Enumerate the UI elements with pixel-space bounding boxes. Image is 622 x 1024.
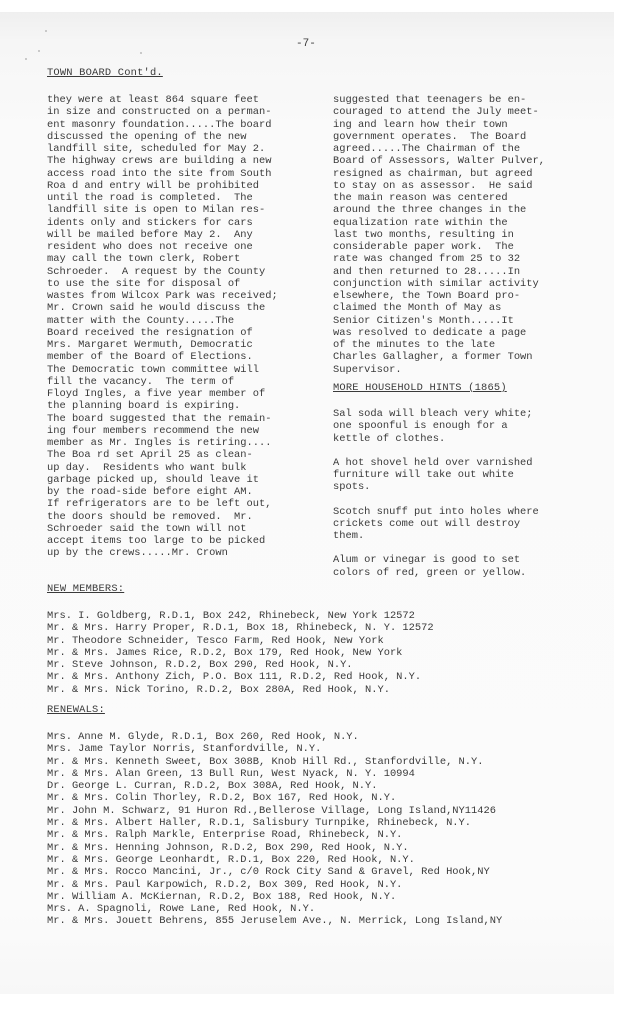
text-line: Sal soda will bleach very white; <box>333 408 539 420</box>
text-line: If refrigerators are to be left out, <box>47 498 278 510</box>
text-line: ent masonry foundation.....The board <box>47 119 278 131</box>
text-line: colors of red, green or yellow. <box>333 567 539 579</box>
hint-item: Scotch snuff put into holes wherecricket… <box>333 506 539 543</box>
member-entry: Mr. & Mrs. James Rice, R.D.2, Box 179, R… <box>47 647 434 659</box>
text-line: fill the vacancy. The term of <box>47 376 278 388</box>
scan-speck <box>38 50 40 52</box>
text-line: to stay on as assessor. He said <box>333 180 545 192</box>
member-entry: Mr. & Mrs. Nick Torino, R.D.2, Box 280A,… <box>47 684 434 696</box>
text-line: elsewhere, the Town Board pro- <box>333 290 545 302</box>
section-heading-household-hints: MORE HOUSEHOLD HINTS (1865) <box>333 382 507 394</box>
text-line: Schroeder. A request by the County <box>47 266 278 278</box>
town-board-left-column: they were at least 864 square feetin siz… <box>47 94 278 560</box>
section-heading-town-board: TOWN BOARD Cont'd. <box>47 67 163 79</box>
hint-item: Sal soda will bleach very white;one spoo… <box>333 408 539 445</box>
renewal-entry: Dr. George L. Curran, R.D.2, Box 308A, R… <box>47 780 502 792</box>
text-line: spots. <box>333 481 539 493</box>
text-line: landfill site is open to Milan res- <box>47 204 278 216</box>
hint-item: A hot shovel held over varnishedfurnitur… <box>333 457 539 494</box>
text-line: Scotch snuff put into holes where <box>333 506 539 518</box>
text-line: The highway crews are building a new <box>47 155 278 167</box>
text-line: The Boa rd set April 25 as clean- <box>47 449 278 461</box>
text-line: ing four members recommend the new <box>47 425 278 437</box>
hint-item: Alum or vinegar is good to setcolors of … <box>333 554 539 579</box>
text-line: rate was changed from 25 to 32 <box>333 253 545 265</box>
text-line: of the minutes to the late <box>333 339 545 351</box>
renewal-entry: Mr. & Mrs. Ralph Markle, Enterprise Road… <box>47 829 502 841</box>
text-line: member of the Board of Elections. <box>47 351 278 363</box>
member-entry: Mr. Theodore Schneider, Tesco Farm, Red … <box>47 635 434 647</box>
text-line: wastes from Wilcox Park was received; <box>47 290 278 302</box>
text-line: Mr. Crown said he would discuss the <box>47 302 278 314</box>
text-line: Floyd Ingles, a five year member of <box>47 388 278 400</box>
member-entry: Mrs. I. Goldberg, R.D.1, Box 242, Rhineb… <box>47 610 434 622</box>
text-line: they were at least 864 square feet <box>47 94 278 106</box>
text-line: the main reason was centered <box>333 192 545 204</box>
text-line: government operates. The Board <box>333 131 545 143</box>
text-line: Mrs. Margaret Wermuth, Democratic <box>47 339 278 351</box>
scan-speck <box>140 52 142 54</box>
text-line: to use the site for disposal of <box>47 278 278 290</box>
text-line: The board suggested that the remain- <box>47 413 278 425</box>
text-line: discussed the opening of the new <box>47 131 278 143</box>
text-line: kettle of clothes. <box>333 433 539 445</box>
text-line: landfill site, scheduled for May 2. <box>47 143 278 155</box>
text-line: may call the town clerk, Robert <box>47 253 278 265</box>
renewal-entry: Mr. & Mrs. Alan Green, 13 Bull Run, West… <box>47 768 502 780</box>
renewal-entry: Mr. & Mrs. Albert Haller, R.D.1, Salisbu… <box>47 817 502 829</box>
text-line: the planning board is expiring. <box>47 400 278 412</box>
member-entry: Mr. & Mrs. Anthony Zich, P.O. Box 111, R… <box>47 671 434 683</box>
text-line: Schroeder said the town will not <box>47 523 278 535</box>
renewal-entry: Mrs. Jame Taylor Norris, Stanfordville, … <box>47 743 502 755</box>
text-line: and then returned to 28.....In <box>333 266 545 278</box>
renewal-entry: Mr. & Mrs. Paul Karpowich, R.D.2, Box 30… <box>47 879 502 891</box>
text-line: will be mailed before May 2. Any <box>47 229 278 241</box>
member-entry: Mr. Steve Johnson, R.D.2, Box 290, Red H… <box>47 659 434 671</box>
text-line: furniture will take out white <box>333 469 539 481</box>
text-line: up day. Residents who want bulk <box>47 462 278 474</box>
text-line: Board received the resignation of <box>47 327 278 339</box>
text-line: Roa d and entry will be prohibited <box>47 180 278 192</box>
text-line: member as Mr. Ingles is retiring.... <box>47 437 278 449</box>
text-line: matter with the County.....The <box>47 315 278 327</box>
text-line: until the road is completed. The <box>47 192 278 204</box>
section-heading-renewals: RENEWALS: <box>47 704 105 716</box>
text-line: in size and constructed on a perman- <box>47 106 278 118</box>
text-line: one spoonful is enough for a <box>333 420 539 432</box>
text-line: the doors should be removed. Mr. <box>47 511 278 523</box>
renewal-entry: Mr. John M. Schwarz, 91 Huron Rd.,Beller… <box>47 805 502 817</box>
text-line: The Democratic town committee will <box>47 364 278 376</box>
renewal-entry: Mr. & Mrs. George Leonhardt, R.D.1, Box … <box>47 854 502 866</box>
town-board-right-column: suggested that teenagers be en-couraged … <box>333 94 545 376</box>
text-line: ing and learn how their town <box>333 119 545 131</box>
text-line: around the three changes in the <box>333 204 545 216</box>
text-line: claimed the Month of May as <box>333 302 545 314</box>
text-line: resigned as chairman, but agreed <box>333 168 545 180</box>
text-line: was resolved to dedicate a page <box>333 327 545 339</box>
member-entry: Mr. & Mrs. Harry Proper, R.D.1, Box 18, … <box>47 622 434 634</box>
text-line: considerable paper work. The <box>333 241 545 253</box>
renewal-entry: Mr. William A. McKiernan, R.D.2, Box 188… <box>47 891 502 903</box>
text-line: equalization rate within the <box>333 217 545 229</box>
text-line: agreed.....The Chairman of the <box>333 143 545 155</box>
text-line: Charles Gallagher, a former Town <box>333 351 545 363</box>
text-line: Senior Citizen's Month.....It <box>333 315 545 327</box>
household-hints-list: Sal soda will bleach very white;one spoo… <box>333 408 539 591</box>
scan-speck <box>45 30 47 32</box>
text-line: Supervisor. <box>333 364 545 376</box>
text-line: Alum or vinegar is good to set <box>333 554 539 566</box>
text-line: last two months, resulting in <box>333 229 545 241</box>
text-line: Board of Assessors, Walter Pulver, <box>333 155 545 167</box>
text-line: them. <box>333 530 539 542</box>
section-heading-new-members: NEW MEMBERS: <box>47 583 124 595</box>
renewal-entry: Mr. & Mrs. Colin Thorley, R.D.2, Box 167… <box>47 792 502 804</box>
text-line: conjunction with similar activity <box>333 278 545 290</box>
text-line: up by the crews.....Mr. Crown <box>47 547 278 559</box>
text-line: crickets come out will destroy <box>333 518 539 530</box>
renewal-entry: Mr. & Mrs. Henning Johnson, R.D.2, Box 2… <box>47 842 502 854</box>
renewals-list: Mrs. Anne M. Glyde, R.D.1, Box 260, Red … <box>47 731 502 928</box>
text-line: idents only and stickers for cars <box>47 217 278 229</box>
text-line: by the road-side before eight AM. <box>47 486 278 498</box>
scan-speck <box>25 58 27 60</box>
text-line: A hot shovel held over varnished <box>333 457 539 469</box>
renewal-entry: Mr. & Mrs. Jouett Behrens, 855 Jeruselem… <box>47 915 502 927</box>
text-line: access road into the site from South <box>47 168 278 180</box>
renewal-entry: Mr. & Mrs. Rocco Mancini, Jr., c/0 Rock … <box>47 866 502 878</box>
text-line: couraged to attend the July meet- <box>333 106 545 118</box>
page-number: -7- <box>296 38 316 50</box>
new-members-list: Mrs. I. Goldberg, R.D.1, Box 242, Rhineb… <box>47 610 434 696</box>
renewal-entry: Mr. & Mrs. Kenneth Sweet, Box 308B, Knob… <box>47 756 502 768</box>
text-line: garbage picked up, should leave it <box>47 474 278 486</box>
renewal-entry: Mrs. Anne M. Glyde, R.D.1, Box 260, Red … <box>47 731 502 743</box>
text-line: resident who does not receive one <box>47 241 278 253</box>
text-line: suggested that teenagers be en- <box>333 94 545 106</box>
text-line: accept items too large to be picked <box>47 535 278 547</box>
renewal-entry: Mrs. A. Spagnoli, Rowe Lane, Red Hook, N… <box>47 903 502 915</box>
